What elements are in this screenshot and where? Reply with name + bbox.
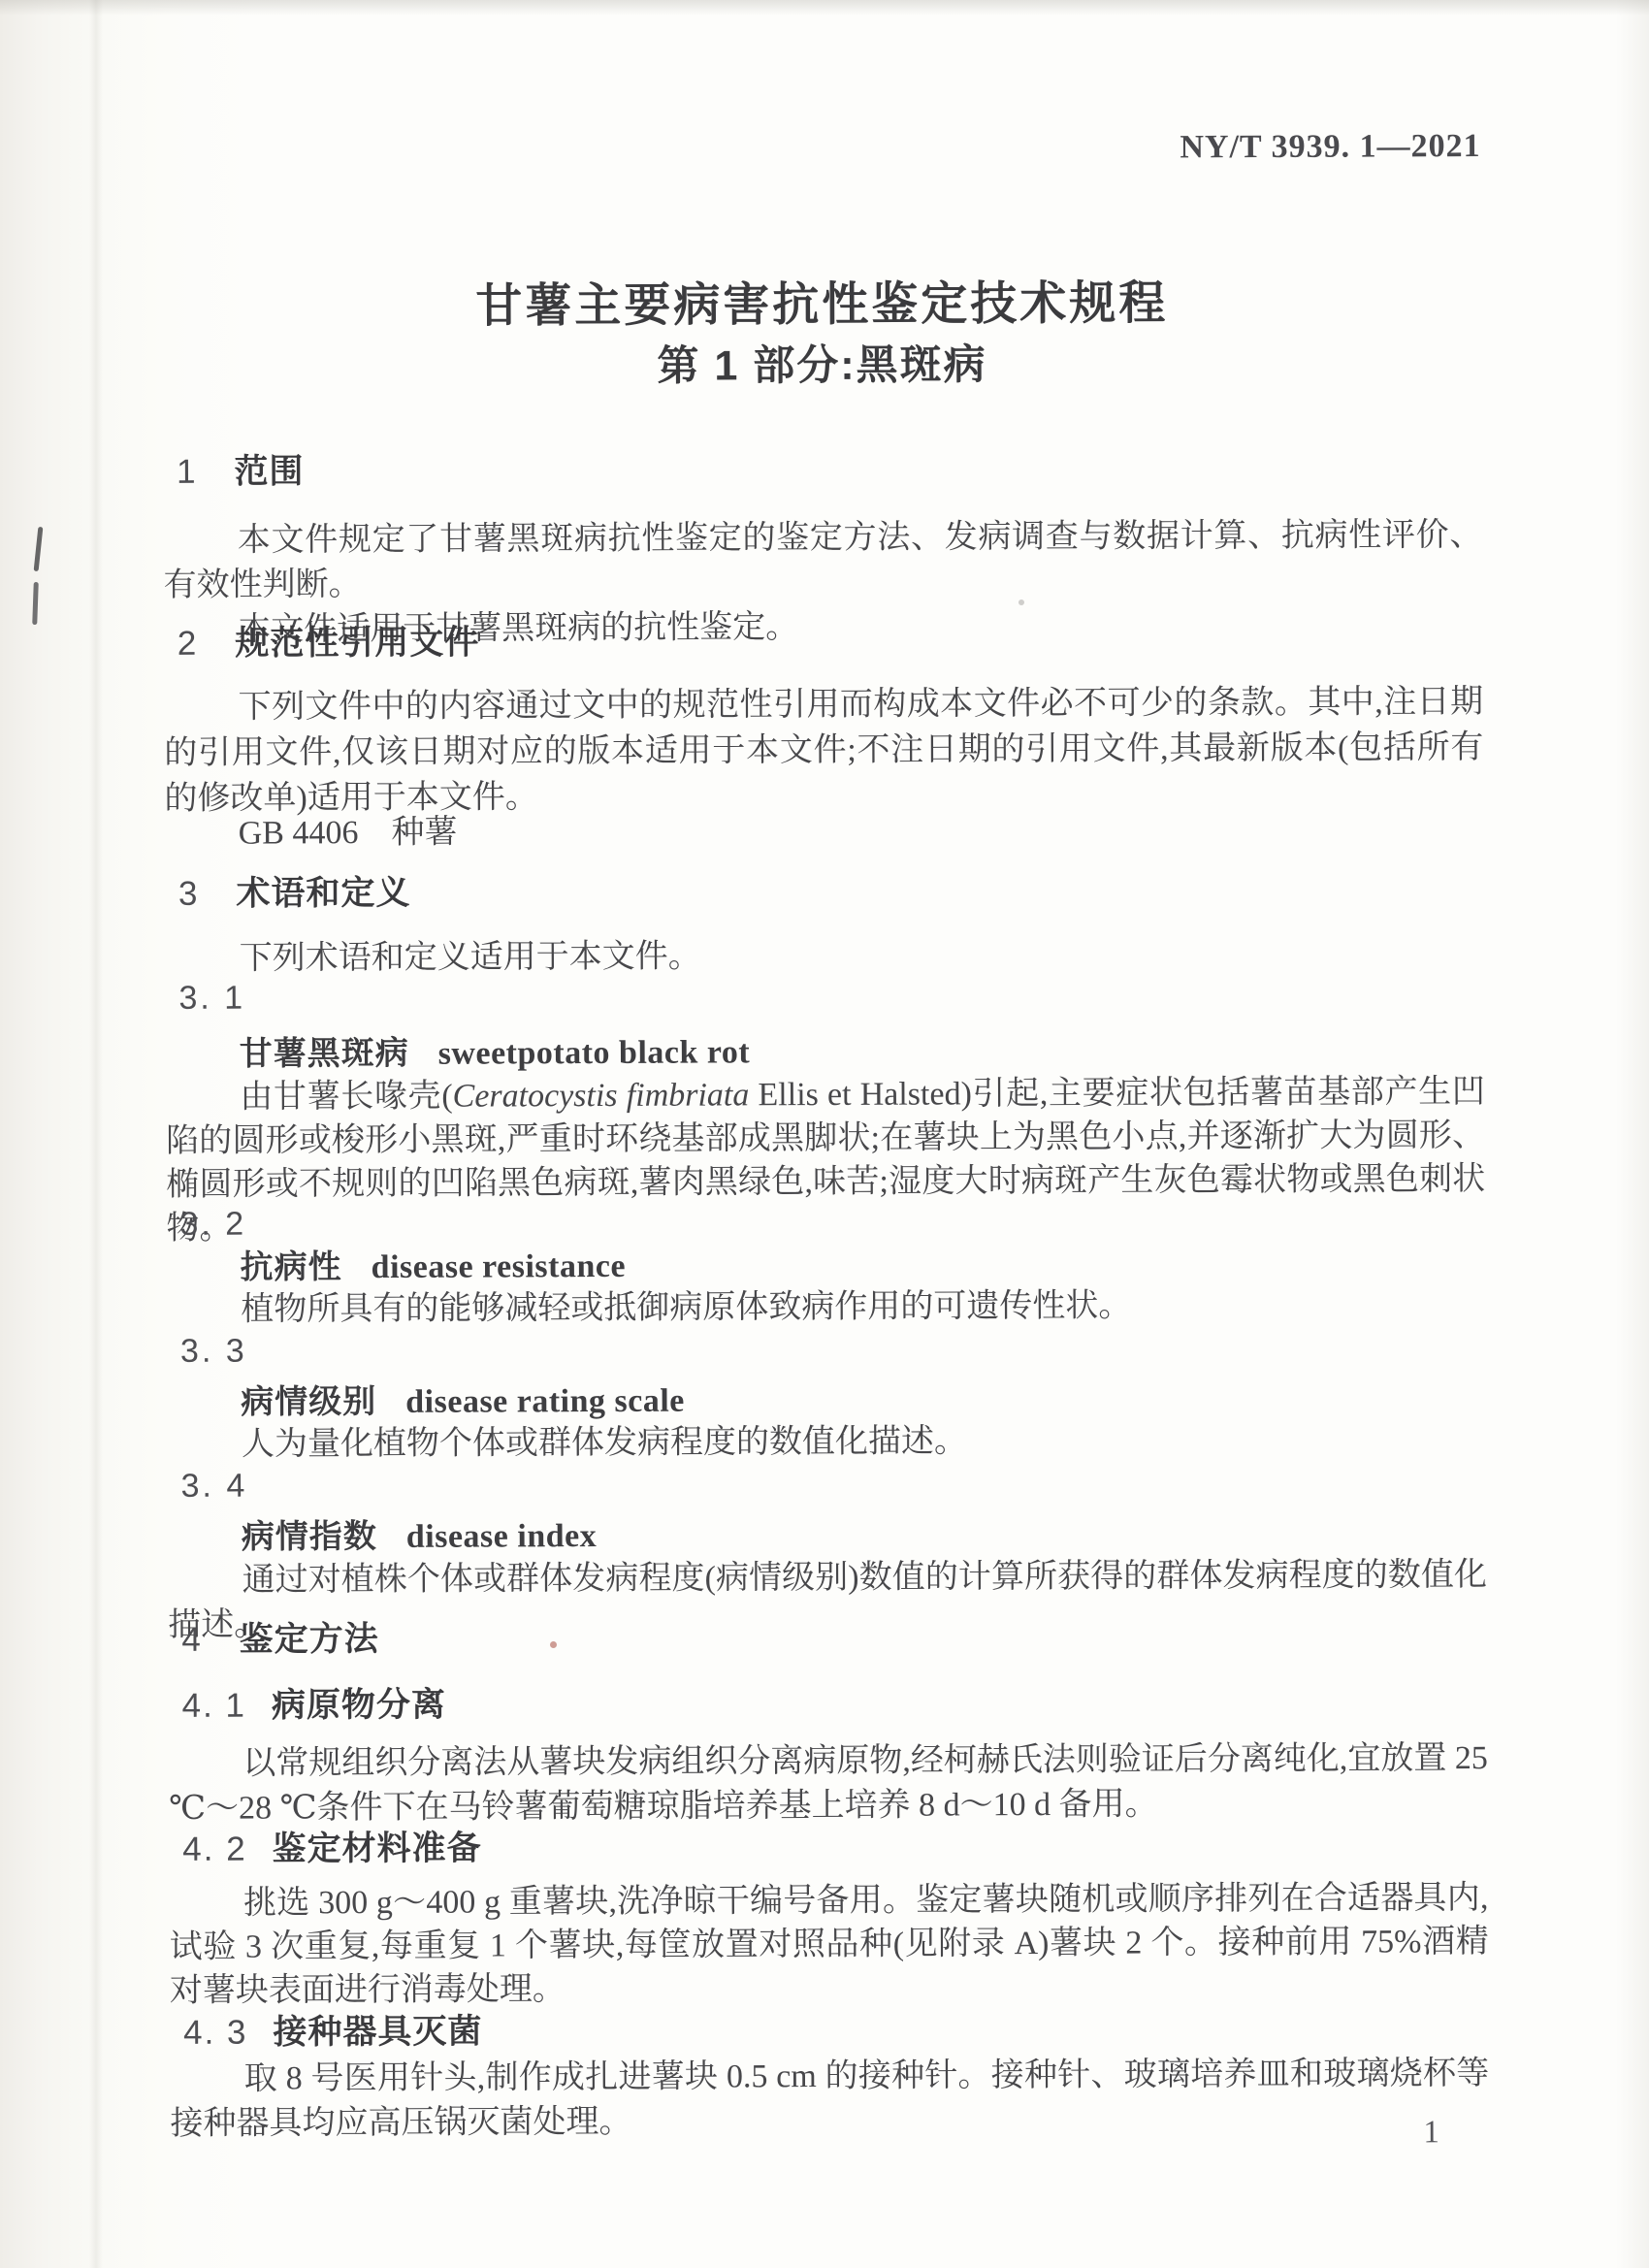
section-4-1-body: 以常规组织分离法从薯块发病组织分离病原物,经柯赫氏法则验证后分离纯化,宜放置 2… [169, 1736, 1488, 1831]
definition-text: 由甘薯长喙壳( [240, 1079, 452, 1116]
section-heading-text: 规范性引用文件 [235, 624, 479, 663]
section-number: 4. 2 [182, 1831, 247, 1868]
term-zh: 病情指数 [242, 1518, 377, 1556]
document-title-line2: 第 1 部分:黑斑病 [162, 336, 1481, 396]
section-4-2-body: 挑选 300 g～400 g 重薯块,洗净晾干编号备用。鉴定薯块随机或顺序排列在… [169, 1876, 1489, 2013]
section-4-heading: 4鉴定方法 [168, 1612, 1501, 1663]
section-2-heading: 2规范性引用文件 [164, 616, 1497, 666]
paragraph: 挑选 300 g～400 g 重薯块,洗净晾干编号备用。鉴定薯块随机或顺序排列在… [169, 1876, 1489, 2013]
clause-number-3-4: 3. 4 [167, 1458, 1500, 1508]
reference-entry: GB 4406 种薯 [165, 806, 1558, 857]
section-2-body: 下列文件中的内容通过文中的规范性引用而构成本文件必不可少的条款。其中,注日期的引… [164, 679, 1484, 822]
term-zh: 病情级别 [241, 1383, 376, 1421]
section-number: 2 [178, 625, 199, 663]
section-4-3-body: 取 8 号医用针头,制作成扎进薯块 0.5 cm 的接种针。接种针、玻璃培养皿和… [170, 2052, 1489, 2147]
section-1-heading: 1范围 [163, 444, 1496, 495]
section-4-3-heading: 4. 3接种器具灭菌 [170, 2005, 1503, 2056]
section-number: 4. 3 [183, 2014, 248, 2052]
term-zh: 甘薯黑斑病 [240, 1035, 409, 1073]
section-number: 4 [181, 1621, 203, 1659]
clause-number-3-3: 3. 3 [167, 1323, 1500, 1374]
paragraph: 取 8 号医用针头,制作成扎进薯块 0.5 cm 的接种针。接种针、玻璃培养皿和… [170, 2052, 1489, 2147]
section-number: 4. 1 [182, 1687, 247, 1725]
document-title: 甘薯主要病害抗性鉴定技术规程 第 1 部分:黑斑病 [162, 274, 1482, 396]
section-4-1-heading: 4. 1病原物分离 [168, 1678, 1501, 1729]
section-3-heading: 3术语和定义 [165, 866, 1498, 917]
latin-name: Ceratocystis fimbriata [453, 1077, 750, 1114]
standard-number: NY/T 3939. 1—2021 [161, 124, 1502, 175]
document-page: NY/T 3939. 1—2021 甘薯主要病害抗性鉴定技术规程 第 1 部分:… [0, 0, 1649, 2268]
section-heading-text: 鉴定材料准备 [273, 1830, 482, 1868]
term-en: disease rating scale [405, 1383, 685, 1420]
document-title-line1: 甘薯主要病害抗性鉴定技术规程 [162, 274, 1481, 338]
section-heading-text: 病原物分离 [272, 1686, 446, 1725]
term-zh: 抗病性 [241, 1248, 342, 1285]
page-number: 1 [1423, 2110, 1439, 2155]
section-heading-text: 术语和定义 [236, 874, 410, 913]
section-heading-text: 鉴定方法 [240, 1620, 379, 1659]
section-number: 1 [177, 453, 198, 491]
section-heading-text: 范围 [234, 452, 304, 490]
section-4-2-heading: 4. 2鉴定材料准备 [169, 1822, 1502, 1872]
term-en: disease index [406, 1518, 598, 1555]
clause-number-3-1: 3. 1 [165, 970, 1498, 1021]
term-en: sweetpotato black rot [438, 1034, 751, 1071]
term-en: disease resistance [372, 1248, 627, 1285]
paragraph: 本文件规定了甘薯黑斑病抗性鉴定的鉴定方法、发病调查与数据计算、抗病性评价、有效性… [163, 513, 1482, 608]
page-content: NY/T 3939. 1—2021 甘薯主要病害抗性鉴定技术规程 第 1 部分:… [0, 0, 1649, 2268]
section-number: 3 [178, 875, 200, 913]
section-heading-text: 接种器具灭菌 [273, 2013, 482, 2052]
paragraph: 下列文件中的内容通过文中的规范性引用而构成本文件必不可少的条款。其中,注日期的引… [164, 679, 1484, 822]
clause-number-3-2: 3. 2 [166, 1196, 1499, 1247]
paragraph: 以常规组织分离法从薯块发病组织分离病原物,经柯赫氏法则验证后分离纯化,宜放置 2… [169, 1736, 1488, 1831]
